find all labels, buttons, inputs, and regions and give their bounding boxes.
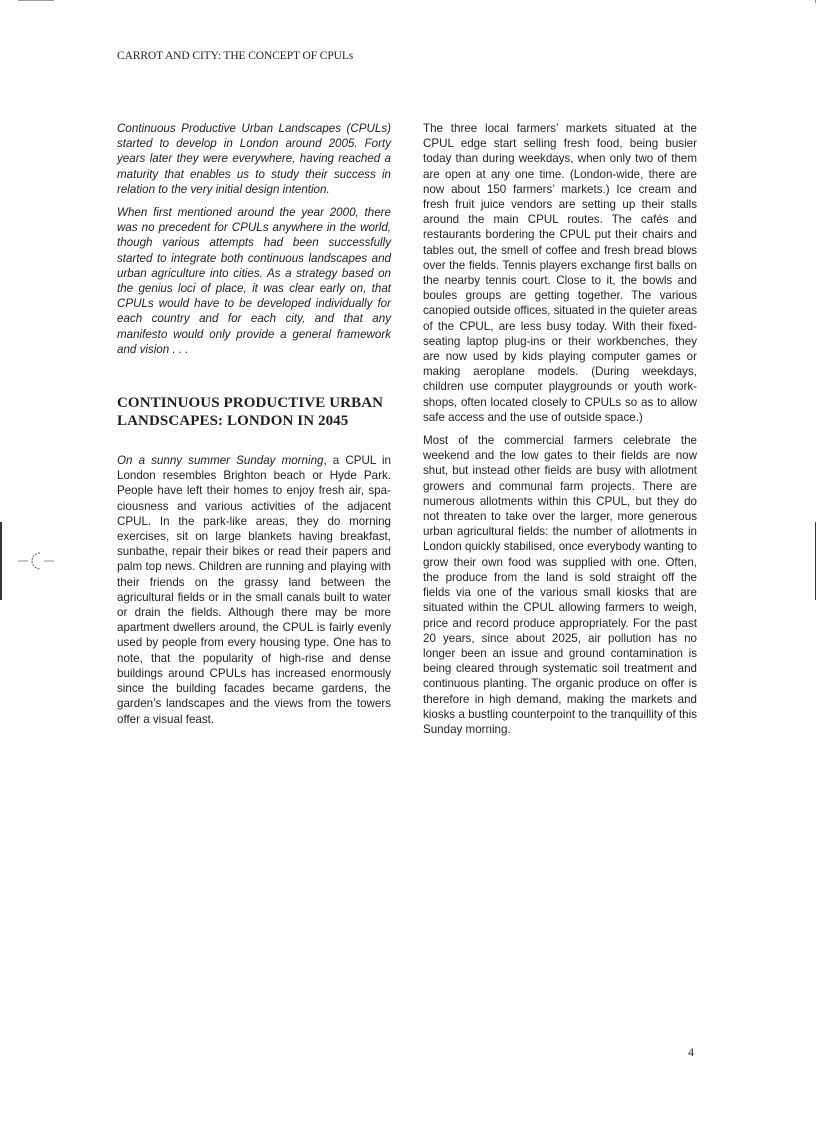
intro-paragraph: Continuous Productive Urban Landscapes (… — [117, 121, 391, 197]
registration-mark-icon — [18, 551, 54, 571]
crop-mark-left — [0, 522, 2, 600]
body-paragraph: Most of the commercial farmers celebrate… — [423, 433, 697, 737]
left-column: Continuous Productive Urban Landscapes (… — [117, 121, 391, 735]
body-paragraph: The three local farmers’ markets situate… — [423, 121, 697, 425]
running-head: CARROT AND CITY: THE CONCEPT OF CPULs — [117, 50, 353, 62]
page-number: 4 — [688, 1045, 694, 1060]
section-heading: CONTINUOUS PRODUCTIVE URBAN LANDSCAPES: … — [117, 394, 391, 430]
body-paragraph: On a sunny summer Sunday morning, a CPUL… — [117, 453, 391, 727]
paragraph-text: , a CPUL in London resembles Brighton be… — [117, 454, 391, 725]
lead-in-italic: On a sunny summer Sunday morning — [117, 454, 323, 467]
crop-mark-top-left — [18, 0, 54, 1]
intro-paragraph: When first mentioned around the year 200… — [117, 205, 391, 357]
right-column: The three local farmers’ markets situate… — [423, 121, 697, 745]
